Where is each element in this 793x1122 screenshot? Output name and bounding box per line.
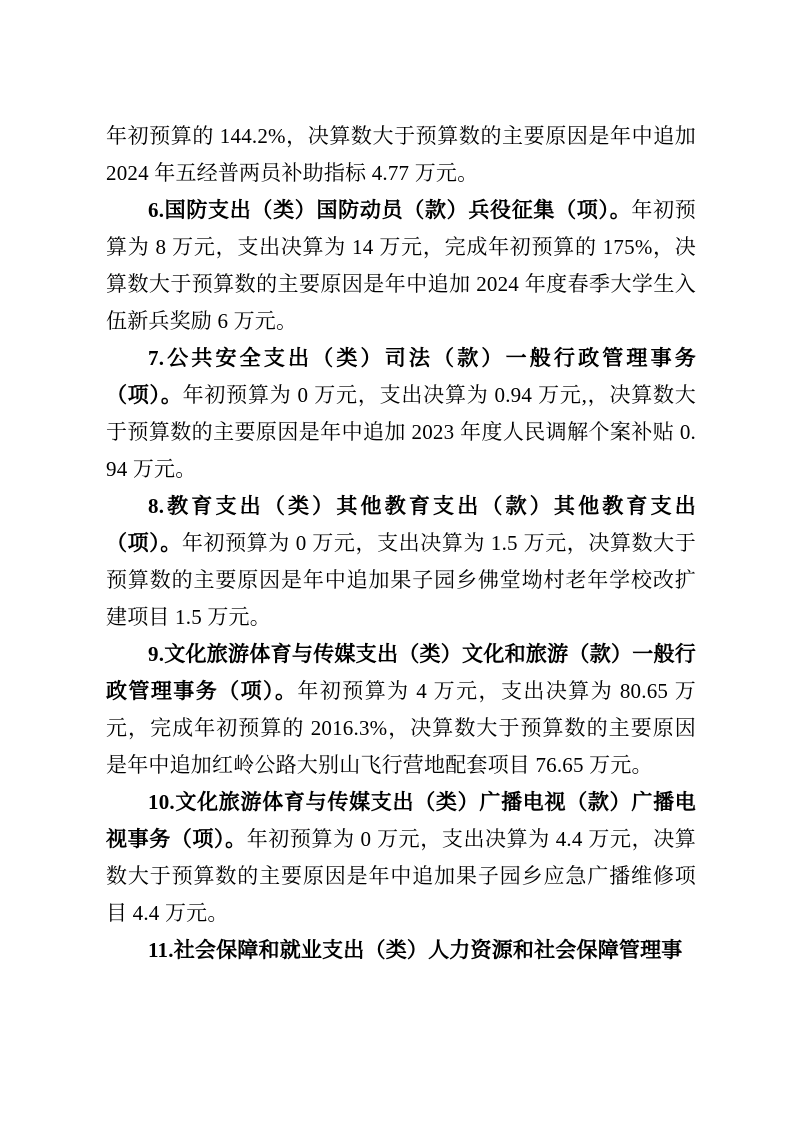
item-heading: 6.国防支出（类）国防动员（款）兵役征集（项）。 — [148, 198, 631, 222]
paragraph: 6.国防支出（类）国防动员（款）兵役征集（项）。年初预算为 8 万元，支出决算为… — [106, 192, 696, 340]
paragraph: 11.社会保障和就业支出（类）人力资源和社会保障管理事 — [106, 932, 696, 969]
item-heading: 11.社会保障和就业支出（类）人力资源和社会保障管理事 — [148, 938, 683, 962]
paragraph: 8.教育支出（类）其他教育支出（款）其他教育支出（项）。年初预算为 0 万元，支… — [106, 488, 696, 636]
document-page: 年初预算的 144.2%，决算数大于预算数的主要原因是年中追加 2024 年五经… — [0, 0, 793, 1122]
item-body-text: 年初预算的 144.2%，决算数大于预算数的主要原因是年中追加 2024 年五经… — [106, 124, 696, 185]
paragraph: 10.文化旅游体育与传媒支出（类）广播电视（款）广播电视事务（项）。年初预算为 … — [106, 784, 696, 932]
paragraph: 年初预算的 144.2%，决算数大于预算数的主要原因是年中追加 2024 年五经… — [106, 118, 696, 192]
item-body-text: 年初预算为 0 万元，支出决算为 1.5 万元，决算数大于预算数的主要原因是年中… — [106, 531, 696, 629]
paragraph: 7.公共安全支出（类）司法（款）一般行政管理事务（项）。年初预算为 0 万元，支… — [106, 340, 696, 488]
paragraph: 9.文化旅游体育与传媒支出（类）文化和旅游（款）一般行政管理事务（项）。年初预算… — [106, 636, 696, 784]
document-body: 年初预算的 144.2%，决算数大于预算数的主要原因是年中追加 2024 年五经… — [106, 118, 696, 969]
item-body-text: 年初预算为 0 万元，支出决算为 0.94 万元,，决算数大于预算数的主要原因是… — [106, 383, 696, 481]
